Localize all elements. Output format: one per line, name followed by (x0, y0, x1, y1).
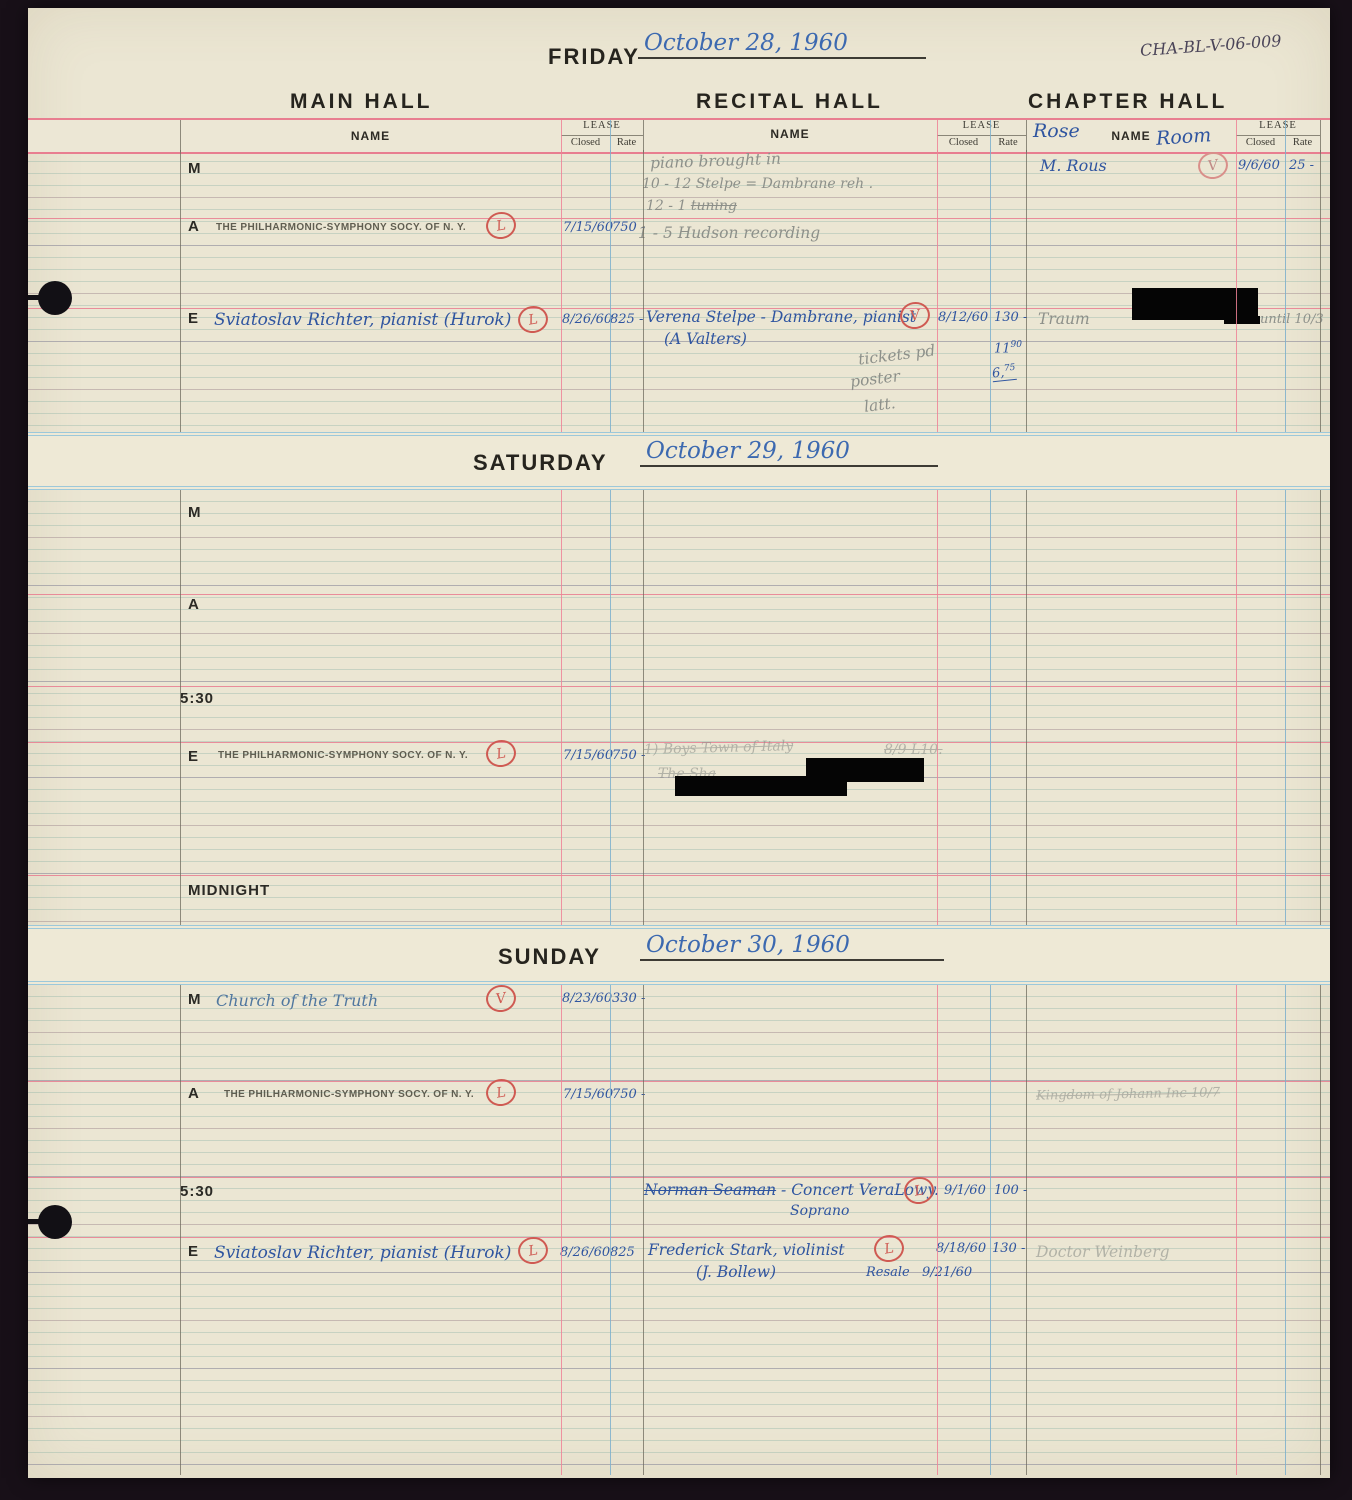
amount-note: 1190 (994, 340, 1022, 356)
time-label-m: M (188, 504, 202, 521)
column-rule (180, 120, 181, 152)
time-label-m: M (188, 991, 202, 1008)
column-rule (1320, 985, 1321, 1475)
resale-note: Resale (866, 1265, 910, 1280)
pencil-note-struck: 1) Boys Town of Italy (644, 738, 794, 758)
pencil-note: tickets pd (857, 341, 936, 368)
lease-closed-date: 9/6/60 (1238, 158, 1280, 173)
time-label-m: M (188, 160, 202, 177)
redaction-bar (675, 776, 847, 796)
column-rule (937, 490, 938, 925)
column-rule (180, 985, 181, 1475)
lease-header-recital: LEASE (937, 120, 1026, 136)
booking-name: Frederick Stark, violinist (648, 1241, 845, 1259)
date-friday: October 28, 1960 (644, 30, 848, 56)
column-rule (990, 120, 991, 152)
date-sunday: October 30, 1960 (646, 932, 850, 958)
time-label-e: E (188, 310, 199, 327)
circled-l-mark: L (516, 1235, 550, 1267)
closed-header-chapter: Closed (1236, 137, 1285, 148)
column-rule (1026, 985, 1027, 1475)
time-label-e: E (188, 748, 199, 765)
saturday-title-band: SATURDAY October 29, 1960 (28, 432, 1330, 490)
amount-cents: 90 (1011, 340, 1022, 350)
circled-v-mark: V (898, 300, 932, 332)
annotation-room: Room (1155, 124, 1212, 150)
column-rule (937, 985, 938, 1475)
row-rule (28, 1177, 1330, 1178)
column-rule (561, 490, 562, 925)
column-rule (561, 985, 562, 1475)
row-rule (28, 1081, 1330, 1082)
lease-header-main: LEASE (561, 120, 643, 136)
time-label-530: 5:30 (180, 1183, 214, 1200)
column-rule (1236, 985, 1237, 1475)
pencil-note: Traum (1038, 310, 1090, 328)
booking-name: Sviatoslav Richter, pianist (Hurok) (214, 310, 511, 330)
booking-name-stamp: THE PHILHARMONIC-SYMPHONY SOCY. OF N. Y. (224, 1089, 474, 1100)
column-rule (643, 150, 644, 432)
lease-rate: 130 - (994, 310, 1027, 325)
amount-note: 6,75 (991, 363, 1017, 383)
punch-hole (38, 1205, 72, 1239)
column-rule (610, 150, 611, 432)
pencil-note: 1 - 5 Hudson recording (638, 224, 820, 242)
lease-closed-date: 8/23/60 (562, 991, 612, 1006)
lease-closed-date: 8/26/60 (560, 1245, 610, 1260)
pencil-note: 12 - 1 tuning (646, 198, 737, 214)
column-rule (180, 150, 181, 432)
booking-name: Sviatoslav Richter, pianist (Hurok) (214, 1243, 511, 1263)
lease-rate: 825 (610, 1245, 635, 1260)
name-header-main: NAME (180, 129, 561, 143)
column-rule (1285, 150, 1286, 432)
column-rule (1285, 120, 1286, 152)
pencil-note-struck: 8/9 L10. (884, 742, 943, 758)
column-rule (1320, 490, 1321, 925)
pencil-note-struck: tuning (691, 198, 737, 214)
column-rule (610, 120, 611, 152)
row-rule (28, 875, 1330, 876)
column-rule (643, 490, 644, 925)
row-rule (28, 686, 1330, 687)
lease-closed-date: 7/15/60 (563, 1087, 613, 1102)
redaction-bar (1224, 316, 1260, 324)
column-rule (1236, 150, 1237, 432)
sunday-section: M A 5:30 E Church of the Truth V 8/23/60… (28, 985, 1330, 1475)
column-rule (561, 120, 562, 152)
column-rule (1236, 120, 1237, 152)
column-rule (937, 150, 938, 432)
annotation-rose: Rose (1033, 120, 1080, 142)
lease-rate: 25 - (1289, 158, 1314, 173)
punch-hole (38, 281, 72, 315)
date-underline-saturday: October 29, 1960 (640, 438, 938, 467)
lease-closed-date: 8/12/60 (938, 310, 988, 325)
booking-name-stamp: THE PHILHARMONIC-SYMPHONY SOCY. OF N. Y. (218, 750, 468, 761)
scanned-ledger-canvas: FRIDAY October 28, 1960 CHA-BL-V-06-009 … (0, 0, 1352, 1500)
pencil-note: latt. (863, 394, 897, 416)
booking-name-stamp: THE PHILHARMONIC-SYMPHONY SOCY. OF N. Y. (216, 222, 466, 233)
sunday-title-band: SUNDAY October 30, 1960 (28, 925, 1330, 985)
lease-closed-date: 9/1/60 (944, 1183, 986, 1198)
pencil-note: 10 - 12 Stelpe = Dambrane reh . (642, 176, 873, 192)
lease-closed-date: 7/15/60 (563, 748, 613, 763)
date-underline-sunday: October 30, 1960 (640, 932, 944, 961)
day-label-friday: FRIDAY (548, 44, 640, 70)
circled-v-mark: V (1196, 150, 1230, 182)
column-rule (561, 150, 562, 432)
lease-header-chapter: LEASE (1236, 120, 1320, 136)
lease-closed-date: 7/15/60 (563, 220, 613, 235)
time-label-a: A (188, 218, 200, 235)
booking-name: M. Rous (1040, 156, 1107, 175)
hall-title-main: MAIN HALL (290, 90, 432, 114)
booking-name: Norman Seaman - Concert VeraLowy. (644, 1181, 939, 1199)
column-rule (990, 150, 991, 432)
row-rule (28, 218, 1330, 219)
circled-l-mark: L (484, 210, 518, 242)
column-rule (990, 490, 991, 925)
closed-header-main: Closed (561, 137, 610, 148)
date-saturday: October 29, 1960 (646, 438, 850, 464)
date-underline-friday: October 28, 1960 (638, 30, 926, 59)
time-label-a: A (188, 596, 200, 613)
name-header-recital: NAME (643, 127, 937, 141)
lease-closed-date: 8/18/60 (936, 1241, 986, 1256)
ledger-page: FRIDAY October 28, 1960 CHA-BL-V-06-009 … (28, 8, 1330, 1478)
pencil-note: piano brought in (650, 150, 782, 173)
column-rule (990, 985, 991, 1475)
column-rule (643, 985, 644, 1475)
pencil-note: until 10/3 (1260, 312, 1324, 327)
lease-rate: 130 - (992, 1241, 1025, 1256)
time-label-e: E (188, 1243, 199, 1260)
lease-rate: 330 - (612, 991, 645, 1006)
booking-name-line2: Soprano (790, 1203, 849, 1219)
column-rule (1285, 985, 1286, 1475)
column-header-row: NAME NAME NAME Rose Room LEASE Closed Ra… (28, 118, 1330, 154)
booking-name-line2: (A Valters) (664, 330, 747, 348)
column-rule (937, 120, 938, 152)
column-rule (643, 120, 644, 152)
column-rule (1236, 490, 1237, 925)
column-rule (1026, 490, 1027, 925)
row-rule (28, 1237, 1330, 1238)
pencil-note-struck: Kingdom of Johann Inc 10/7 (1036, 1085, 1220, 1103)
closed-header-recital: Closed (937, 137, 990, 148)
column-rule (610, 490, 611, 925)
hall-title-chapter: CHAPTER HALL (1028, 90, 1227, 114)
column-rule (1026, 150, 1027, 432)
friday-section: M A E THE PHILHARMONIC-SYMPHONY SOCY. OF… (28, 150, 1330, 432)
saturday-section: M A 5:30 E MIDNIGHT THE PHILHARMONIC-SYM… (28, 490, 1330, 925)
catalog-number: CHA-BL-V-06-009 (1140, 31, 1283, 60)
pencil-note-part: 12 - 1 (646, 198, 691, 214)
booking-name: Verena Stelpe - Dambrane, pianist (646, 308, 916, 326)
hall-title-recital: RECITAL HALL (696, 90, 883, 114)
booking-name-line2: (J. Bollew) (696, 1263, 776, 1281)
amount-cents: 75 (1003, 363, 1015, 374)
column-rule (1285, 490, 1286, 925)
column-rule (1320, 120, 1321, 152)
lease-rate: 825 - (610, 312, 643, 327)
day-label-saturday: SATURDAY (473, 450, 608, 476)
time-label-530: 5:30 (180, 690, 214, 707)
rate-header-chapter: Rate (1285, 137, 1320, 148)
column-rule (610, 985, 611, 1475)
circled-l-mark: L (902, 1175, 936, 1207)
booking-name-struck: Norman Seaman (644, 1181, 776, 1199)
lease-rate: 100 - (994, 1183, 1027, 1198)
time-label-a: A (188, 1085, 200, 1102)
rate-header-recital: Rate (990, 137, 1026, 148)
lease-rate: 750 - (612, 748, 645, 763)
row-rule (28, 594, 1330, 595)
lease-closed-date: 8/26/60 (562, 312, 612, 327)
column-rule (1026, 120, 1027, 152)
amount-dollars: 11 (994, 341, 1011, 356)
column-rule (180, 490, 181, 925)
booking-name: Church of the Truth (216, 991, 378, 1010)
time-label-midnight: MIDNIGHT (188, 882, 270, 899)
column-rule (1320, 150, 1321, 432)
resale-date: 9/21/60 (922, 1265, 972, 1280)
rate-header-main: Rate (610, 137, 643, 148)
circled-v-mark: V (484, 983, 518, 1015)
lease-rate: 750 - (612, 1087, 645, 1102)
pencil-note: Doctor Weinberg (1036, 1243, 1170, 1261)
pencil-note: poster (849, 367, 901, 391)
day-label-sunday: SUNDAY (498, 944, 601, 970)
